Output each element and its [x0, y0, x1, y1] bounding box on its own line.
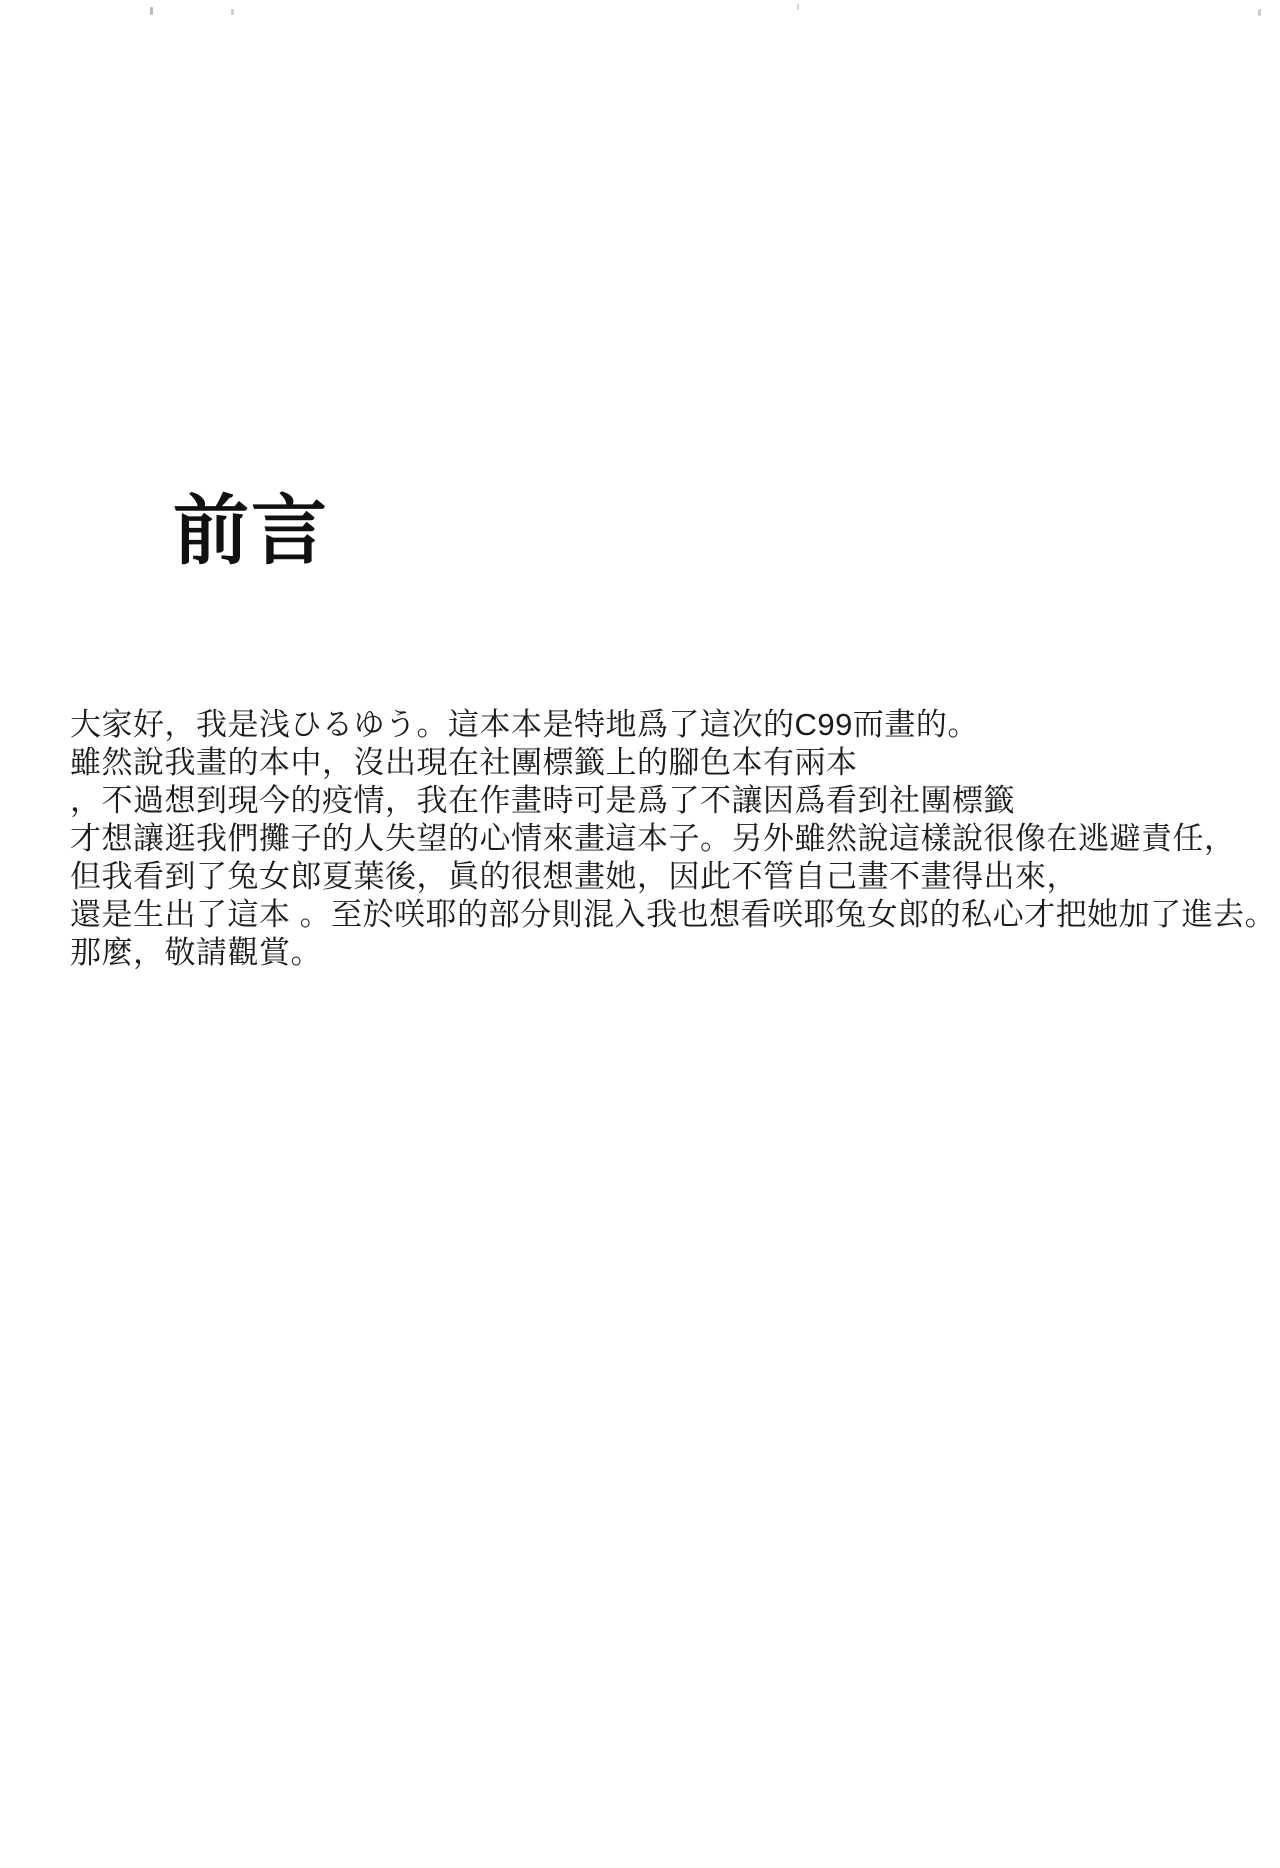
preface-line: 大家好，我是浅ひるゆう。這本本是特地爲了這次的C99而畫的。	[70, 706, 1230, 744]
scan-artifact-dot	[231, 9, 234, 15]
preface-line: ，不過想到現今的疫情，我在作畫時可是爲了不讓因爲看到社團標籤	[70, 782, 1230, 820]
scan-artifact-dot	[797, 4, 799, 10]
scan-artifact-dot	[150, 7, 153, 15]
page-title: 前言	[173, 486, 329, 577]
preface-line: 才想讓逛我們攤子的人失望的心情來畫這本子。另外雖然說這樣說很像在逃避責任，	[70, 820, 1230, 858]
preface-line: 那麼，敬請觀賞。	[70, 934, 1230, 972]
preface-line: 還是生出了這本 。至於咲耶的部分則混入我也想看咲耶兔女郎的私心才把她加了進去。	[70, 896, 1230, 934]
preface-paragraph: 大家好，我是浅ひるゆう。這本本是特地爲了這次的C99而畫的。 雖然說我畫的本中，…	[70, 706, 1230, 972]
preface-line: 但我看到了兔女郎夏葉後，眞的很想畫她，因此不管自己畫不畫得出來，	[70, 858, 1230, 896]
scan-artifact-dot	[1258, 9, 1261, 16]
document-page: 前言 大家好，我是浅ひるゆう。這本本是特地爲了這次的C99而畫的。 雖然說我畫的…	[0, 0, 1280, 1868]
preface-line: 雖然說我畫的本中，沒出現在社團標籤上的腳色本有兩本	[70, 744, 1230, 782]
